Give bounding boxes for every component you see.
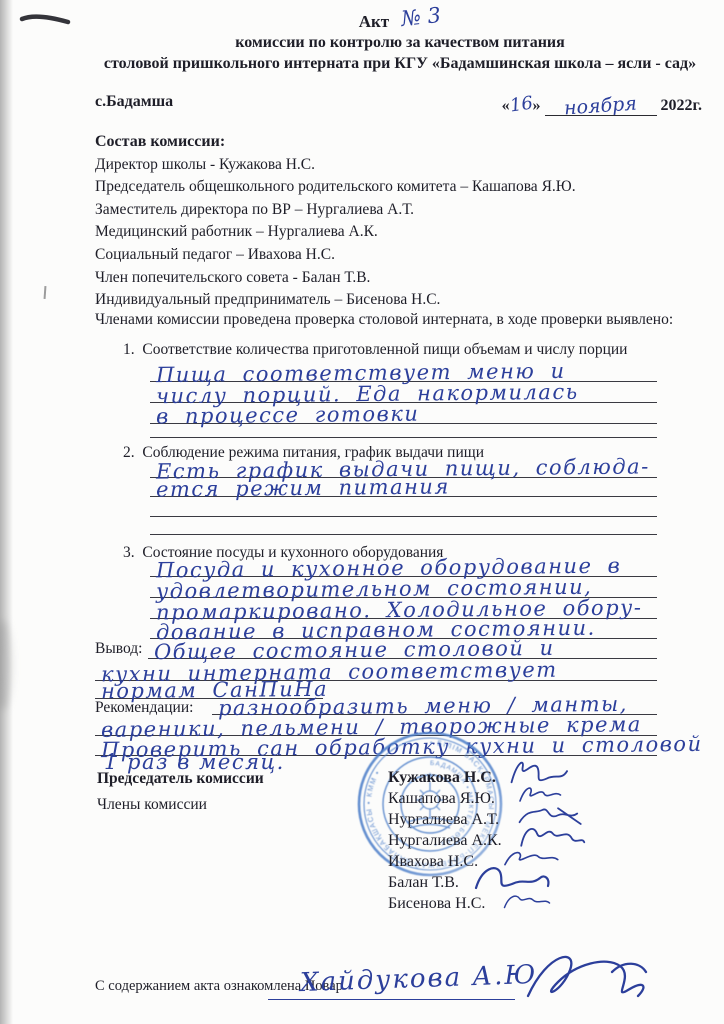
commission-member: Заместитель директора по ВР – Нургалиева… xyxy=(95,199,576,222)
act-number-handwritten: № 3 xyxy=(400,3,442,31)
item-2-number: 2. xyxy=(123,444,135,461)
intro-paragraph: Членами комиссии проведена проверка стол… xyxy=(95,311,713,329)
scan-edge-shadow xyxy=(0,0,13,1024)
commission-member: Социальный педагог – Ивахова Н.С. xyxy=(95,244,576,267)
act-title: Акт xyxy=(359,12,389,31)
commission-member: Индивидуальный предприниматель – Бисенов… xyxy=(95,289,576,312)
date-year: 2022г. xyxy=(661,97,702,114)
signature-name: Нургалиева А.Т. xyxy=(388,811,499,828)
subtitle-committee: комиссии по контролю за качеством питани… xyxy=(80,34,720,52)
date-field: «16» ноября 2022г. xyxy=(502,93,702,116)
commission-member: Директор школы - Кужакова Н.С. xyxy=(95,154,576,177)
commission-member: Член попечительского совета - Балан Т.В. xyxy=(95,267,576,290)
answer-line: в процессе готовки xyxy=(150,423,657,424)
commission-member: Медицинский работник – Нургалиева А.К. xyxy=(95,221,576,244)
members-label: Члены комиссии xyxy=(97,796,207,814)
signature-name: Нургалиева А.К. xyxy=(388,832,502,849)
document-page: Акт № 3 комиссии по контролю за качество… xyxy=(0,0,724,1024)
cook-signature xyxy=(520,942,660,1017)
commission-heading: Состав комиссии: xyxy=(95,131,576,154)
place-label: с.Бадамша xyxy=(95,93,173,111)
conclusion-label: Вывод: xyxy=(95,640,142,658)
signature-name: Балан Т.В. xyxy=(388,874,459,891)
date-day-handwritten: 16 xyxy=(508,93,534,117)
item-3-number: 3. xyxy=(123,544,135,561)
recommendations-label: Рекомендации: xyxy=(95,699,193,717)
cook-name-handwritten: Хайдукова А.Ю xyxy=(300,960,538,998)
cook-name-underline xyxy=(268,999,515,1000)
signature-squiggle xyxy=(500,885,560,921)
ruled-line xyxy=(150,516,657,517)
date-month-handwritten: ноября xyxy=(563,92,637,119)
signature-name: Бисенова Н.С. xyxy=(388,895,485,912)
subtitle-school: столовой пришкольного интерната при КГУ … xyxy=(80,55,720,73)
item-1-number: 1. xyxy=(123,341,135,358)
margin-mark xyxy=(44,286,47,299)
signature-name: Кашапова Я.Ю. xyxy=(388,790,495,807)
date-month-underline: ноября xyxy=(545,93,657,116)
ruled-line xyxy=(150,437,657,438)
ruled-line xyxy=(150,534,657,535)
chair-label: Председатель комиссии xyxy=(97,770,264,788)
pen-mark xyxy=(16,10,76,30)
answer-line: ется режим питания xyxy=(150,496,657,497)
item-1-title: Соответствие количества приготовленной п… xyxy=(142,341,627,358)
signature-name: Ивахова Н.С. xyxy=(388,853,478,870)
commission-member: Председатель общешкольного родительского… xyxy=(95,176,576,199)
signature-name: Кужакова Н.С. xyxy=(388,769,496,786)
